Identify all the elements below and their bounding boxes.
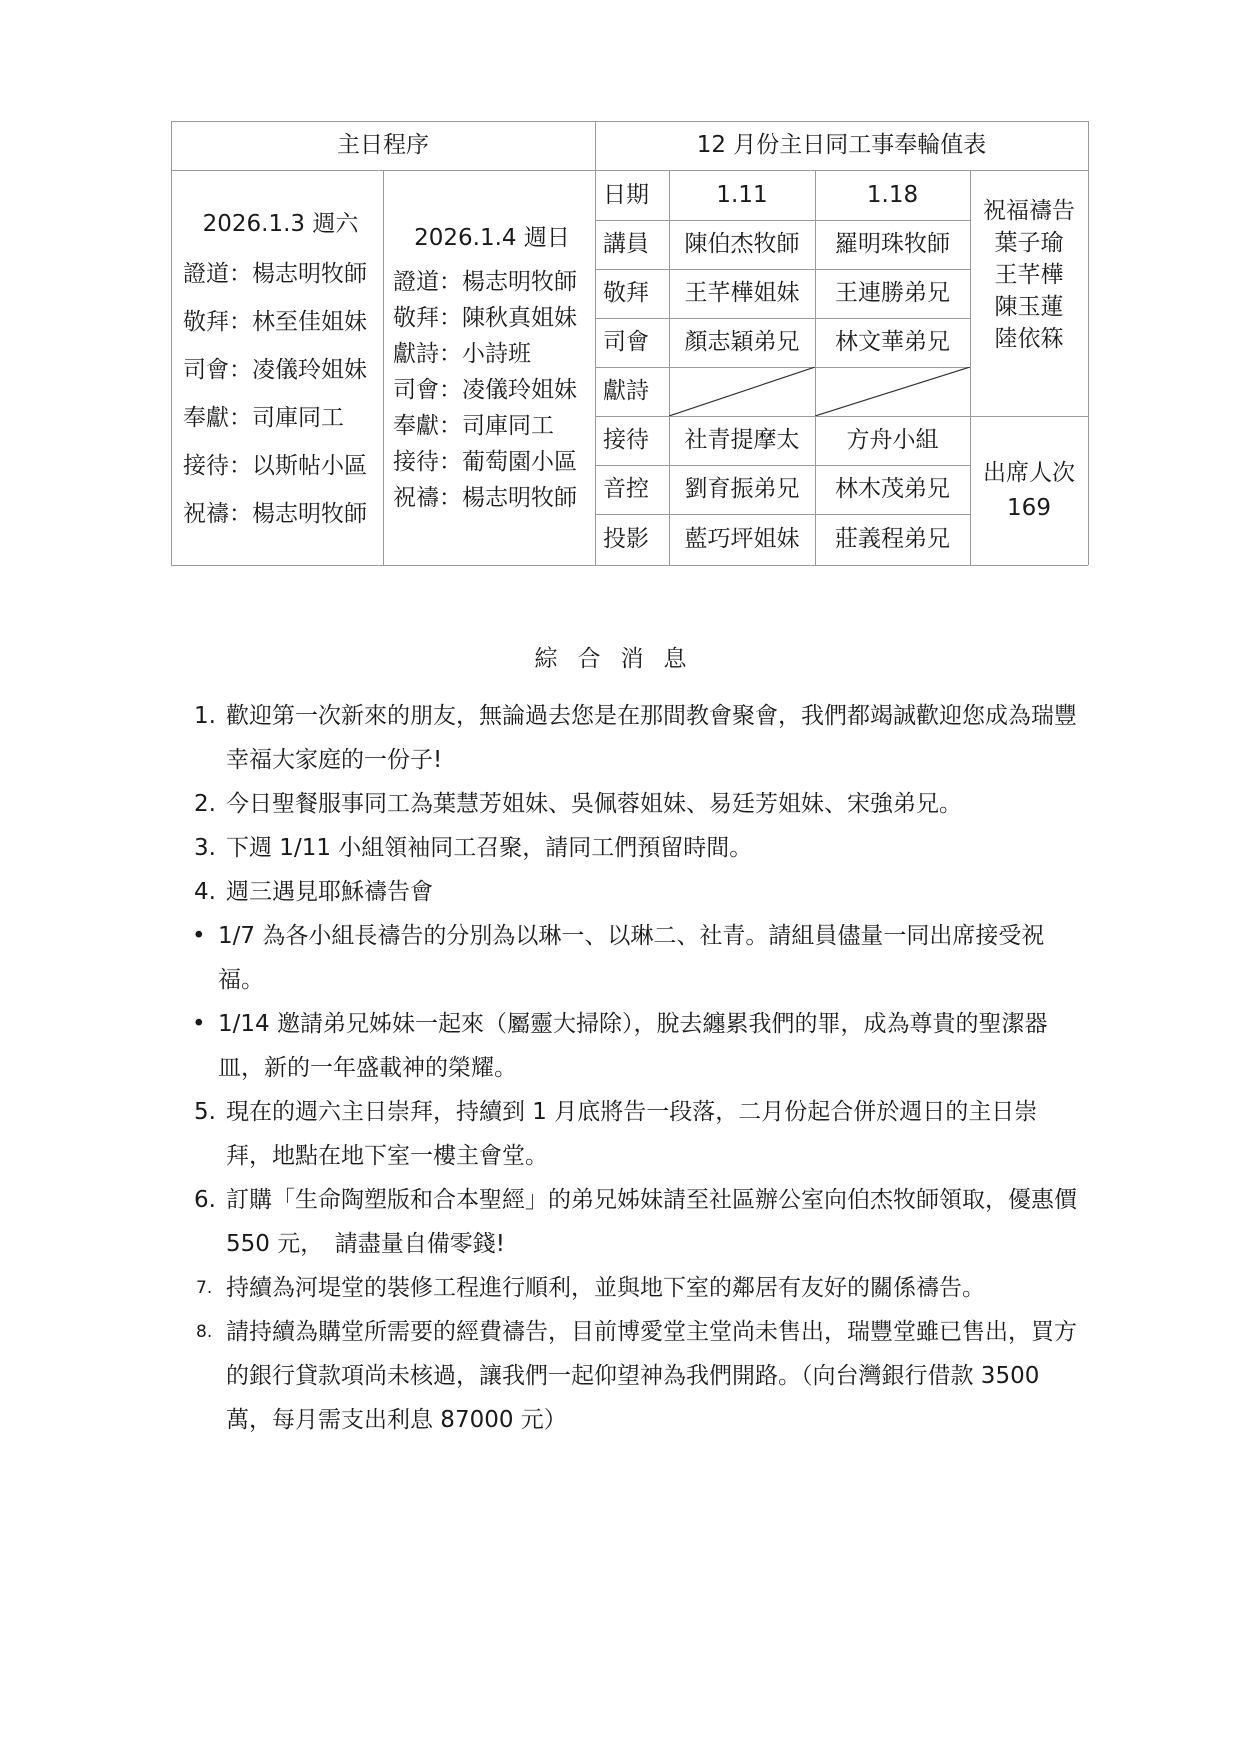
news-list: 1.歡迎第一次新來的朋友，無論過去您是在那間教會聚會，我們都竭誠歡迎您成為瑞豐幸… xyxy=(190,694,1080,1442)
attendance-label: 出席人次 xyxy=(983,456,1075,491)
news-subitem: •1/14 邀請弟兄姊妹一起來（屬靈大掃除），脫去纏累我們的罪，成為尊貴的聖潔器… xyxy=(190,1002,1080,1090)
roster-cell: 林文華弟兄 xyxy=(815,318,970,367)
roster-cell: 王芊樺姐妹 xyxy=(669,269,815,318)
roster-cell: 1.18 xyxy=(815,170,970,220)
news-item: 4.週三遇見耶穌禱告會 xyxy=(190,870,1080,914)
table-border-left xyxy=(171,121,172,565)
program-row: 接待：以斯帖小區 xyxy=(183,442,378,490)
roster-cell: 羅明珠牧師 xyxy=(815,220,970,269)
service-saturday: 2026.1.3 週六 證道：楊志明牧師 敬拜：林至佳姐妹 司會：凌儀玲姐妹 奉… xyxy=(183,208,378,538)
blessing-name: 葉子瑜 xyxy=(995,227,1064,259)
news-item: 7.持續為河堤堂的裝修工程進行順利，並與地下室的鄰居有友好的關係禱告。 xyxy=(190,1266,1080,1310)
program-row: 獻詩：小詩班 xyxy=(393,336,591,372)
roster-label: 投影 xyxy=(595,514,669,565)
news-item: 8.請持續為購堂所需要的經費禱告，目前博愛堂主堂尚未售出，瑞豐堂雖已售出，買方的… xyxy=(190,1310,1080,1442)
news-item: 1.歡迎第一次新來的朋友，無論過去您是在那間教會聚會，我們都竭誠歡迎您成為瑞豐幸… xyxy=(190,694,1080,782)
news-item: 2.今日聖餐服事同工為葉慧芳姐妹、吳佩蓉姐妹、易廷芳姐妹、宋強弟兄。 xyxy=(190,782,1080,826)
news-item: 6.訂購「生命陶塑版和合本聖經」的弟兄姊妹請至社區辦公室向伯杰牧師領取，優惠價 … xyxy=(190,1178,1080,1266)
blessing-prayer-cell: 祝福禱告 葉子瑜 王芊樺 陳玉蓮 陸依箖 xyxy=(970,170,1088,380)
program-row: 司會：凌儀玲姐妹 xyxy=(183,346,378,394)
roster-cell: 林木茂弟兄 xyxy=(815,465,970,514)
roster-label: 講員 xyxy=(595,220,669,269)
program-row: 證道：楊志明牧師 xyxy=(393,264,591,300)
roster-label: 接待 xyxy=(595,416,669,465)
service-sunday: 2026.1.4 週日 證道：楊志明牧師 敬拜：陳秋真姐妹 獻詩：小詩班 司會：… xyxy=(393,222,591,516)
roster-label: 音控 xyxy=(595,465,669,514)
roster-header: 12 月份主日同工事奉輪值表 xyxy=(595,121,1088,170)
roster-cell: 陳伯杰牧師 xyxy=(669,220,815,269)
empty-cell-slash xyxy=(815,367,970,416)
service-date: 2026.1.3 週六 xyxy=(183,208,378,240)
program-row: 敬拜：陳秋真姐妹 xyxy=(393,300,591,336)
roster-cell: 顏志穎弟兄 xyxy=(669,318,815,367)
program-row: 證道：楊志明牧師 xyxy=(183,250,378,298)
program-row: 敬拜：林至佳姐妹 xyxy=(183,298,378,346)
news-title: 綜合消息 xyxy=(0,640,1241,673)
roster-label: 獻詩 xyxy=(595,367,669,416)
program-header: 主日程序 xyxy=(171,121,595,170)
empty-cell-slash xyxy=(669,367,815,416)
blessing-title: 祝福禱告 xyxy=(983,195,1075,227)
service-date: 2026.1.4 週日 xyxy=(393,222,591,254)
program-row: 奉獻：司庫同工 xyxy=(183,394,378,442)
blessing-name: 王芊樺 xyxy=(995,259,1064,291)
table-border-bottom xyxy=(171,565,1088,566)
attendance-cell: 出席人次 169 xyxy=(970,416,1088,565)
roster-cell: 藍巧坪姐妹 xyxy=(669,514,815,565)
program-row: 祝禱：楊志明牧師 xyxy=(393,480,591,516)
program-row: 奉獻：司庫同工 xyxy=(393,408,591,444)
roster-cell: 王連勝弟兄 xyxy=(815,269,970,318)
table-border-right xyxy=(1088,121,1089,565)
bullet-icon: • xyxy=(192,1002,206,1046)
program-column-divider xyxy=(383,170,384,565)
blessing-name: 陳玉蓮 xyxy=(995,291,1064,323)
roster-cell: 1.11 xyxy=(669,170,815,220)
program-row: 司會：凌儀玲姐妹 xyxy=(393,372,591,408)
news-item: 3.下週 1/11 小組領袖同工召聚，請同工們預留時間。 xyxy=(190,826,1080,870)
program-row: 祝禱：楊志明牧師 xyxy=(183,490,378,538)
roster-cell: 方舟小組 xyxy=(815,416,970,465)
roster-cell: 劉育振弟兄 xyxy=(669,465,815,514)
bullet-icon: • xyxy=(192,914,206,958)
roster-label: 日期 xyxy=(595,170,669,220)
roster-cell: 社青提摩太 xyxy=(669,416,815,465)
news-subitem: •1/7 為各小組長禱告的分別為以琳一、以琳二、社青。請組員儘量一同出席接受祝福… xyxy=(190,914,1080,1002)
news-item: 5.現在的週六主日崇拜，持續到 1 月底將告一段落，二月份起合併於週日的主日崇拜… xyxy=(190,1090,1080,1178)
attendance-count: 169 xyxy=(1007,491,1051,526)
program-row: 接待：葡萄園小區 xyxy=(393,444,591,480)
roster-label: 司會 xyxy=(595,318,669,367)
roster-cell: 莊義程弟兄 xyxy=(815,514,970,565)
blessing-name: 陸依箖 xyxy=(995,323,1064,355)
roster-label: 敬拜 xyxy=(595,269,669,318)
